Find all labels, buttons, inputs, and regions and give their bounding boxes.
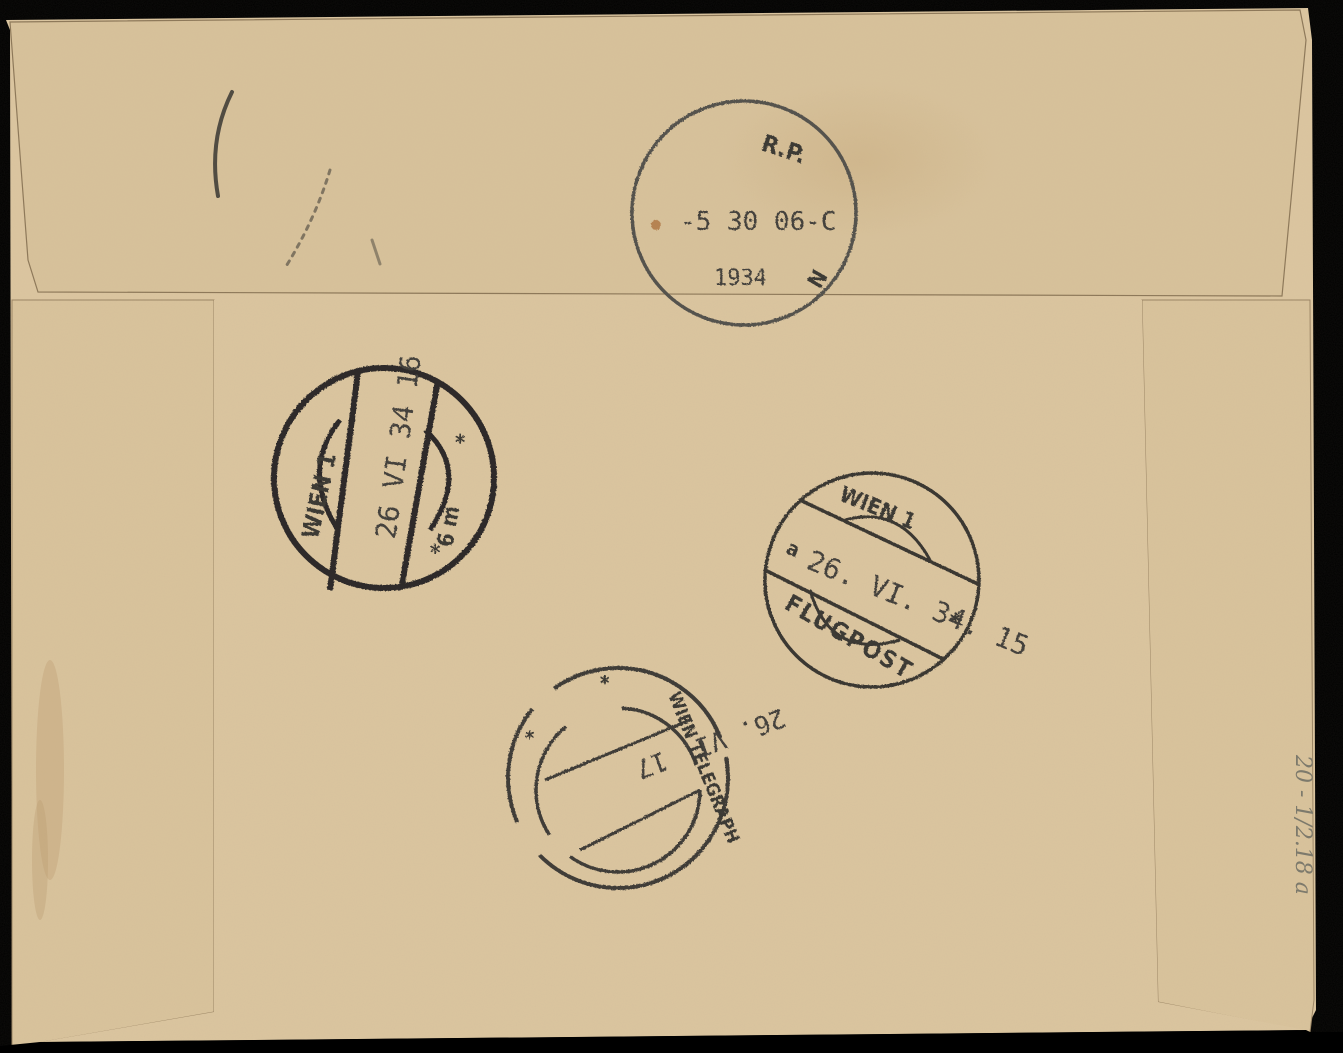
- postmark-telegraph-star-left: *: [525, 726, 535, 750]
- postmark-wien-left-star-top: *: [455, 431, 465, 456]
- postmark-telegraph-star-top: *: [600, 671, 610, 695]
- postmark-wien-left-star-bottom: *: [430, 541, 440, 566]
- postmark-top-date: -5 30 06-C: [680, 207, 837, 237]
- pencil-note: 20 - 1/2.18 a: [1290, 754, 1315, 895]
- postmark-flugpost-star: *: [950, 608, 961, 636]
- envelope: [0, 0, 1343, 1053]
- postmark-top-year: 1934: [714, 266, 767, 291]
- envelope-back-scene: R.P. -5 30 06-C 1934 N WIEN 1 26 VI 34 1…: [0, 0, 1343, 1053]
